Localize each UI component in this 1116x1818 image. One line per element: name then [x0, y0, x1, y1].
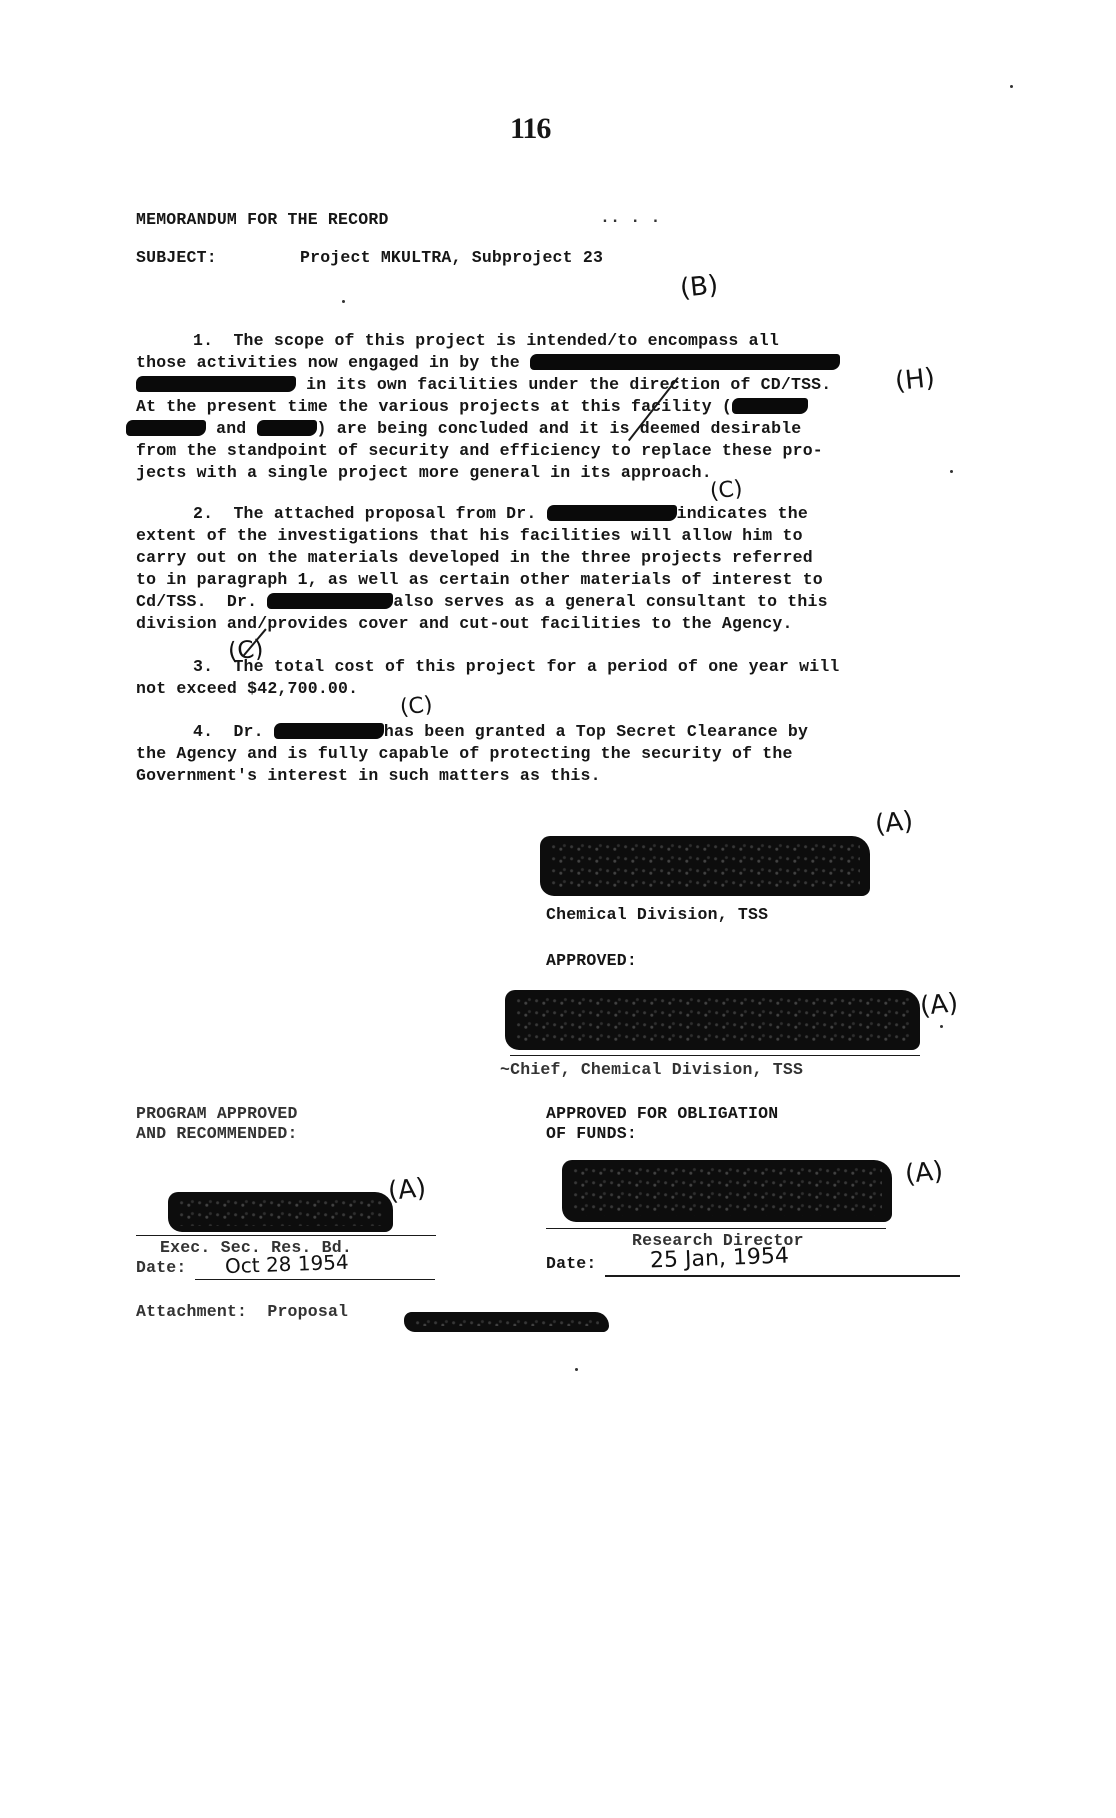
- paragraph-text: and: [206, 419, 257, 438]
- annotation-c: (C): [709, 476, 744, 504]
- attachment-value: Proposal: [267, 1302, 348, 1321]
- paragraph-text: At the present time the various projects…: [136, 397, 732, 416]
- obligation-funds-label: OF FUNDS:: [546, 1124, 637, 1144]
- paragraph-text: from the standpoint of security and effi…: [136, 441, 823, 461]
- paragraph-number-text: 3.: [193, 657, 213, 676]
- paragraph-text: those activities now engaged in by the: [136, 353, 530, 372]
- subject-value: Project MKULTRA, Subproject 23: [300, 248, 603, 268]
- chief-title: ~Chief, Chemical Division, TSS: [500, 1060, 803, 1080]
- annotation-a: (A): [874, 806, 915, 840]
- paragraph-text: has been granted a Top Secret Clearance …: [384, 722, 808, 741]
- subject-label: SUBJECT:: [136, 248, 217, 268]
- paragraph-number-text: 1.: [193, 331, 213, 350]
- signature-line: [136, 1235, 436, 1236]
- redaction-bar: [732, 398, 808, 414]
- memo-page: 116 MEMORANDUM FOR THE RECORD .. . . SUB…: [0, 0, 1116, 1818]
- paragraph-text: The attached proposal from Dr.: [233, 504, 546, 523]
- annotation-b: (B): [679, 270, 720, 304]
- redaction-bar: [257, 420, 317, 436]
- redaction-bar: [547, 505, 677, 521]
- paragraph-text: also serves as a general consultant to t…: [393, 592, 827, 611]
- speck: [940, 1025, 943, 1028]
- paragraph-text: The scope of this project is intended/to…: [233, 331, 779, 350]
- annotation-c: (C): [399, 692, 434, 720]
- paragraph-number-text: 2.: [193, 504, 213, 523]
- paragraph-text: division and/provides cover and cut-out …: [136, 614, 793, 634]
- speck: [1010, 85, 1013, 88]
- paragraph-text: The total cost of this project for a per…: [233, 657, 839, 676]
- redaction-bar: [126, 420, 206, 436]
- date-line: [195, 1279, 435, 1280]
- right-date-value: 25 Jan, 1954: [650, 1244, 790, 1274]
- paragraph-text: jects with a single project more general…: [136, 463, 712, 483]
- speck: [950, 470, 953, 473]
- paragraph-text: in its own facilities under the directio…: [296, 375, 831, 394]
- paragraph-text: Cd/TSS. Dr.: [136, 592, 267, 611]
- memo-title: MEMORANDUM FOR THE RECORD: [136, 210, 389, 230]
- redacted-signature: [505, 990, 920, 1050]
- paragraph-text: the Agency and is fully capable of prote…: [136, 744, 793, 764]
- speck: [575, 1368, 578, 1371]
- annotation-a: (A): [904, 1156, 945, 1190]
- paragraph-text: Dr.: [233, 722, 273, 741]
- paragraph-text: extent of the investigations that his fa…: [136, 526, 803, 546]
- paragraph-number-text: 4.: [193, 722, 213, 741]
- left-date-value: Oct 28 1954: [225, 1250, 349, 1278]
- attachment-label: Attachment: Proposal: [136, 1302, 348, 1322]
- speck: [342, 300, 345, 303]
- annotation-h: (H): [894, 363, 937, 397]
- paragraph-text: ) are being concluded and it is deemed d…: [317, 419, 802, 438]
- redacted-signature: [168, 1192, 393, 1232]
- paragraph-text: to in paragraph 1, as well as certain ot…: [136, 570, 823, 590]
- left-date-label: Date:: [136, 1258, 187, 1278]
- signer-title: Chemical Division, TSS: [546, 905, 768, 925]
- signature-line: [546, 1228, 886, 1229]
- approved-label: APPROVED:: [546, 951, 637, 971]
- redaction-bar: [136, 376, 296, 392]
- date-line: [605, 1275, 960, 1277]
- redacted-signature: [562, 1160, 892, 1222]
- paragraph-text: Government's interest in such matters as…: [136, 766, 601, 786]
- paragraph-text: indicates the: [677, 504, 808, 523]
- cost-text: not exceed $42,700.00.: [136, 679, 358, 699]
- redaction-bar: [274, 723, 384, 739]
- annotation-a: (A): [387, 1173, 428, 1207]
- redaction-bar: [530, 354, 840, 370]
- redaction-bar: [267, 593, 393, 609]
- page-number: 116: [510, 112, 550, 146]
- program-approved-label: PROGRAM APPROVED: [136, 1104, 298, 1124]
- obligation-label: APPROVED FOR OBLIGATION: [546, 1104, 778, 1124]
- annotation-a: (A): [919, 988, 960, 1022]
- program-recommended-label: AND RECOMMENDED:: [136, 1124, 298, 1144]
- stray-marks: .. . .: [600, 208, 661, 228]
- signature-line: [510, 1055, 920, 1056]
- paragraph-number: 1. The scope of this project is intended…: [193, 331, 779, 351]
- redacted-mark: [404, 1312, 609, 1332]
- redacted-signature: [540, 836, 870, 896]
- paragraph-text: carry out on the materials developed in …: [136, 548, 813, 568]
- right-date-label: Date:: [546, 1254, 597, 1274]
